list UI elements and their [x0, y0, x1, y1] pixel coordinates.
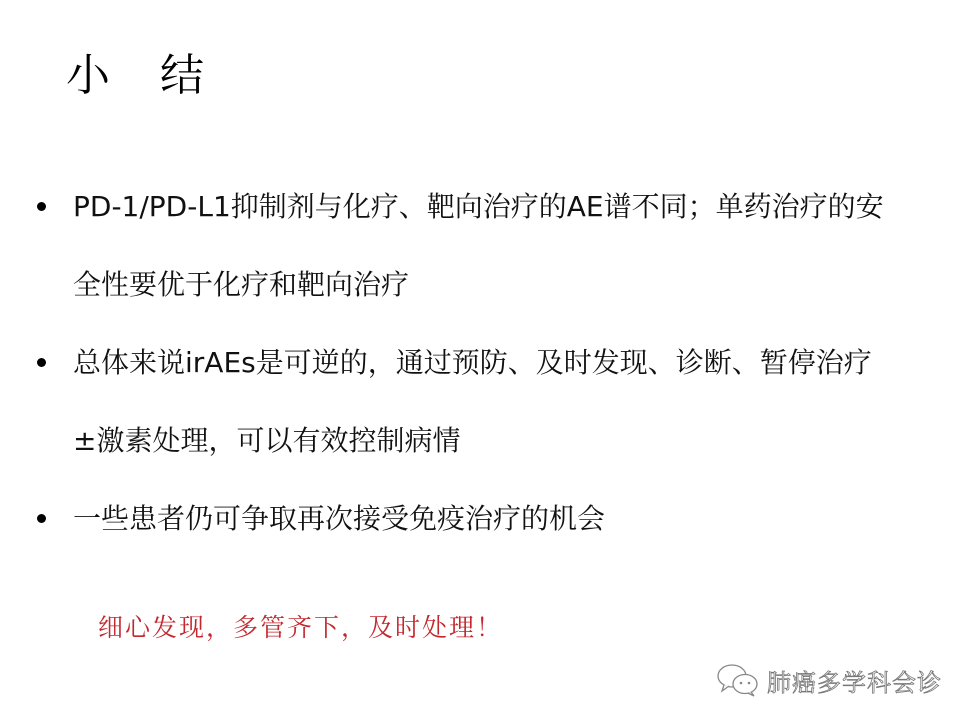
- bullet-item: 总体来说irAEs是可逆的，通过预防、及时发现、诊断、暂停治疗±激素处理，可以有…: [30, 324, 910, 480]
- bullet-list: PD-1/PD-L1抑制剂与化疗、靶向治疗的AE谱不同；单药治疗的安全性要优于化…: [30, 168, 910, 558]
- bullet-dot-icon: [37, 202, 46, 211]
- bullet-item: PD-1/PD-L1抑制剂与化疗、靶向治疗的AE谱不同；单药治疗的安全性要优于化…: [30, 168, 910, 324]
- watermark: 肺癌多学科会诊: [715, 662, 942, 698]
- highlight-slogan: 细心发现，多管齐下，及时处理！: [98, 608, 503, 644]
- bullet-dot-icon: [37, 514, 46, 523]
- slide-title: 小 结: [66, 48, 222, 104]
- bullet-text: PD-1/PD-L1抑制剂与化疗、靶向治疗的AE谱不同；单药治疗的安全性要优于化…: [73, 168, 910, 324]
- bullet-item: 一些患者仍可争取再次接受免疫治疗的机会: [30, 480, 910, 558]
- bullet-text: 一些患者仍可争取再次接受免疫治疗的机会: [73, 480, 910, 558]
- watermark-text: 肺癌多学科会诊: [767, 663, 942, 698]
- bullet-text: 总体来说irAEs是可逆的，通过预防、及时发现、诊断、暂停治疗±激素处理，可以有…: [73, 324, 910, 480]
- wechat-icon: [715, 662, 761, 698]
- bullet-dot-icon: [37, 358, 46, 367]
